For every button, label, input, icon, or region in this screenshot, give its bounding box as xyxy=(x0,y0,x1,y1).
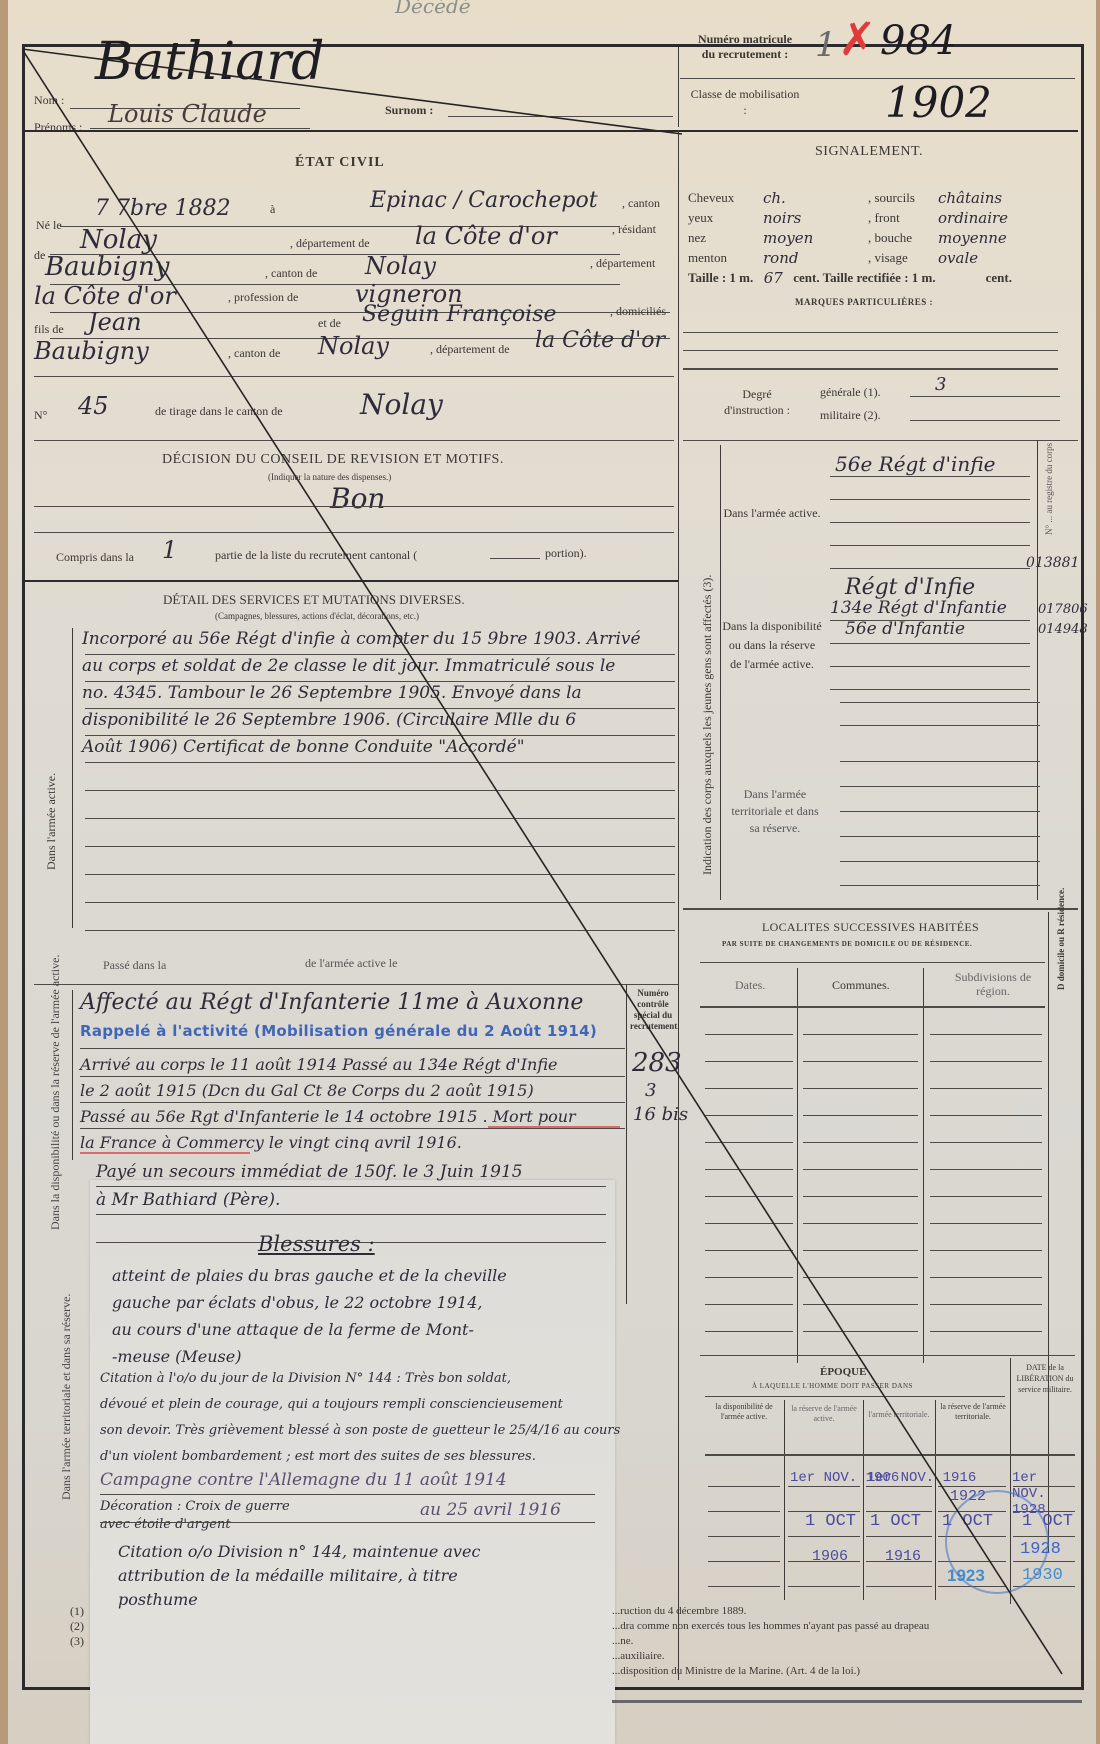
generale-value: 3 xyxy=(935,374,946,395)
row-rule xyxy=(100,1494,595,1495)
canton3-label: , canton de xyxy=(228,346,280,361)
row-rule xyxy=(705,1196,793,1197)
row-rule xyxy=(930,1250,1042,1251)
row-rule xyxy=(50,312,670,313)
services-line: Incorporé au 56e Régt d'infie à compter … xyxy=(82,626,641,653)
row-rule xyxy=(34,532,674,533)
services-text: Incorporé au 56e Régt d'infie à compter … xyxy=(82,626,641,761)
row-rule xyxy=(830,643,1030,644)
reserve-text: Arrivé au corps le 11 août 1914 Passé au… xyxy=(80,1052,576,1156)
row-rule xyxy=(930,1088,1042,1089)
signalement-row: Cheveux ch. , sourcils châtains xyxy=(688,188,1058,208)
signalement-value: châtains xyxy=(938,188,1002,208)
taille-label: Taille : 1 m. xyxy=(688,268,753,288)
prenoms-value: Louis Claude xyxy=(108,100,267,128)
side-label-territoriale: Dans l'armée territoriale et dans sa rés… xyxy=(56,1294,76,1500)
row-rule xyxy=(85,762,675,763)
row-rule xyxy=(708,1486,780,1487)
footer-rule xyxy=(612,1700,1082,1703)
row-rule xyxy=(100,1522,595,1523)
row-rule xyxy=(705,1304,793,1305)
row-rule xyxy=(840,786,1040,787)
lieu-naissance: Epinac / Carochepot xyxy=(370,188,598,213)
conseil-subtitle: (Indiquer la nature des dispenses.) xyxy=(268,472,391,482)
row-rule xyxy=(803,1088,918,1089)
signalement-value: ordinaire xyxy=(938,208,1008,228)
row-rule xyxy=(85,846,675,847)
generale-label: générale (1). xyxy=(820,385,881,400)
localites-col-dates: Dates. xyxy=(735,978,765,993)
row-rule xyxy=(705,1142,793,1143)
row-rule xyxy=(708,1561,780,1562)
row-rule xyxy=(803,1169,918,1170)
section-rule xyxy=(34,984,678,985)
epoque-col-divider xyxy=(784,1400,785,1600)
services-line: Août 1906) Certificat de bonne Conduite … xyxy=(82,734,641,761)
section-rule xyxy=(683,908,1078,910)
row-rule xyxy=(830,689,1030,690)
classe-value: 1902 xyxy=(885,78,992,127)
epoque-value: 1er NOV. 1916 xyxy=(867,1470,976,1486)
citation2-text: Citation o/o Division n° 144, maintenue … xyxy=(118,1540,480,1612)
localites-side-label: D domicile ou R résidence. xyxy=(1056,920,1067,990)
row-rule xyxy=(705,1061,793,1062)
numero-value: 283 xyxy=(632,1048,682,1078)
ne-le-value: 7 7bre 1882 xyxy=(95,196,231,221)
services-title: DÉTAIL DES SERVICES ET MUTATIONS DIVERSE… xyxy=(163,592,465,608)
row-rule xyxy=(683,350,1058,351)
reserve-bracket xyxy=(72,990,73,1160)
row-rule xyxy=(930,1034,1042,1035)
localites-title: LOCALITES SUCCESSIVES HABITÉES xyxy=(762,920,979,935)
campagne-text: Campagne contre l'Allemagne du 11 août 1… xyxy=(100,1470,507,1490)
row-rule xyxy=(708,1511,780,1512)
corps-territoriale-label: Dans l'armée territoriale et dans sa rés… xyxy=(730,786,820,837)
blessures-title: Blessures : xyxy=(258,1232,375,1256)
row-rule xyxy=(803,1331,918,1332)
et-de-label: et de xyxy=(318,316,341,331)
signalement-value: rond xyxy=(763,248,868,268)
compris-value: 1 xyxy=(162,536,177,564)
row-rule xyxy=(830,522,1030,523)
signalement-label: nez xyxy=(688,228,763,248)
signalement-title: SIGNALEMENT. xyxy=(815,144,923,160)
row-rule xyxy=(930,1223,1042,1224)
citation-line: d'un violent bombardement ; est mort des… xyxy=(100,1444,620,1470)
row-rule xyxy=(930,1196,1042,1197)
row-rule xyxy=(80,1102,625,1103)
header-bottom-rule xyxy=(25,130,1078,132)
row-rule xyxy=(866,1536,932,1537)
numero-value: 16 bis xyxy=(633,1104,688,1125)
footnote-line: ...ne. xyxy=(612,1634,929,1649)
main-column-divider xyxy=(678,130,679,1680)
row-rule xyxy=(803,1304,918,1305)
canton-value: Nolay xyxy=(80,225,157,255)
passe-label: Passé dans la xyxy=(103,958,166,973)
militaire-label: militaire (2). xyxy=(820,408,881,423)
red-cross-mark: ✗ xyxy=(838,12,877,66)
footnote-line: ...ruction du 4 décembre 1889. xyxy=(612,1604,929,1619)
row-rule xyxy=(80,1076,625,1077)
section-rule xyxy=(683,440,1078,441)
row-rule xyxy=(80,1048,625,1049)
row-rule xyxy=(85,654,675,655)
footnote-line: ...disposition du Ministre de la Marine.… xyxy=(612,1664,929,1679)
tirage-no-value: 45 xyxy=(78,392,109,420)
matricule-value: 984 xyxy=(880,18,956,64)
numero-col-divider xyxy=(626,984,627,1304)
row-rule xyxy=(708,1586,780,1587)
compris-text: partie de la liste du recrutement canton… xyxy=(215,548,417,563)
row-rule xyxy=(85,735,675,736)
epoque-value: 1 OCT xyxy=(805,1512,856,1531)
la-france-underline xyxy=(80,1152,250,1154)
citation-line: son devoir. Très grièvement blessé à son… xyxy=(100,1418,620,1444)
corps-dispo-value: 56e d'Infantie xyxy=(845,619,965,639)
signalement-label: , front xyxy=(868,208,938,228)
row-rule xyxy=(705,1454,1075,1456)
fils-de-label: fils de xyxy=(34,322,64,337)
localites-col-divider xyxy=(923,968,924,1363)
epoque-value: 1 OCT xyxy=(870,1512,921,1531)
epoque-col-divider xyxy=(863,1400,864,1600)
row-rule xyxy=(80,1128,625,1129)
footnote-line: ...auxiliaire. xyxy=(612,1649,929,1664)
signalement-grid: Cheveux ch. , sourcils châtains yeux noi… xyxy=(688,188,1058,288)
blessures-text: atteint de plaies du bras gauche et de l… xyxy=(112,1262,507,1370)
services-line: disponibilité le 26 Septembre 1906. (Cir… xyxy=(82,707,641,734)
slip-line: à Mr Bathiard (Père). xyxy=(96,1186,523,1214)
row-rule xyxy=(705,1396,1005,1397)
row-rule xyxy=(85,818,675,819)
compris-label: Compris dans la xyxy=(56,550,134,565)
row-rule xyxy=(803,1061,918,1062)
row-rule xyxy=(705,1250,793,1251)
epoque-col-divider xyxy=(935,1400,936,1600)
row-rule xyxy=(705,1277,793,1278)
row-rule xyxy=(34,376,674,377)
rappel-stamp: Rappelé à l'activité (Mobilisation génér… xyxy=(80,1022,597,1040)
epoque-col: la disponibilité de l'armée active. xyxy=(706,1402,782,1422)
row-rule xyxy=(930,1115,1042,1116)
classe-label: Classe de mobilisation : xyxy=(690,86,800,118)
row-rule xyxy=(910,396,1060,397)
row-rule xyxy=(930,1061,1042,1062)
citation2-line: attribution de la médaille militaire, à … xyxy=(118,1564,480,1588)
reserve-line: Arrivé au corps le 11 août 1914 Passé au… xyxy=(80,1052,576,1078)
row-rule xyxy=(938,1486,1006,1487)
matricule-label: Numéro matricule du recrutement : xyxy=(690,32,800,62)
side-label-disponibilite: Dans la disponibilité ou dans la réserve… xyxy=(44,955,66,1230)
corps-numero-col-label: N° ... au registre du corps xyxy=(1044,443,1055,535)
departement3-label: , département de xyxy=(430,342,510,357)
corps-number: 017806 xyxy=(1038,602,1088,617)
blessures-line: au cours d'une attaque de la ferme de Mo… xyxy=(112,1316,507,1343)
numero-value: 3 xyxy=(645,1080,656,1101)
row-rule xyxy=(840,885,1040,886)
row-rule xyxy=(788,1586,860,1587)
row-rule xyxy=(830,545,1030,546)
row-rule xyxy=(930,1142,1042,1143)
signalement-label: , sourcils xyxy=(868,188,938,208)
row-rule xyxy=(840,861,1040,862)
epoque-value: 1906 xyxy=(812,1548,848,1565)
header-divider xyxy=(678,47,679,127)
departement2-value: la Côte d'or xyxy=(34,282,176,310)
section-rule xyxy=(700,1355,1075,1356)
localites-col-communes: Communes. xyxy=(832,978,890,993)
row-rule xyxy=(930,1331,1042,1332)
row-rule xyxy=(85,874,675,875)
row-rule xyxy=(803,1034,918,1035)
signalement-value: noirs xyxy=(763,208,868,228)
signalement-value: moyenne xyxy=(938,228,1007,248)
signalement-label: yeux xyxy=(688,208,763,228)
localites-col-divider xyxy=(797,968,798,1363)
footnote-marker: (2) xyxy=(70,1619,84,1634)
footnote-markers: (1) (2) (3) xyxy=(70,1604,84,1649)
row-rule xyxy=(803,1223,918,1224)
tirage-text: de tirage dans le canton de xyxy=(155,404,283,419)
row-rule xyxy=(840,702,1040,703)
surnom-label: Surnom : xyxy=(385,103,433,118)
corps-active-label: Dans l'armée active. xyxy=(722,505,822,521)
row-rule xyxy=(840,836,1040,837)
row-rule xyxy=(830,620,1030,621)
row-rule xyxy=(85,930,675,931)
row-rule xyxy=(705,1169,793,1170)
row-rule xyxy=(830,499,1030,500)
epoque-col: l'armée territoriale. xyxy=(865,1410,933,1420)
signalement-label: , bouche xyxy=(868,228,938,248)
corps-number: 013881 xyxy=(1026,555,1079,571)
row-rule xyxy=(803,1115,918,1116)
row-rule xyxy=(803,1250,918,1251)
portion-blank xyxy=(490,558,540,559)
signalement-label: , visage xyxy=(868,248,938,268)
row-rule xyxy=(866,1586,932,1587)
pere-value: Jean xyxy=(88,308,142,336)
row-rule xyxy=(930,1169,1042,1170)
row-rule xyxy=(705,1331,793,1332)
row-rule xyxy=(683,368,1058,370)
row-rule xyxy=(840,725,1040,726)
citation-line: dévoué et plein de courage, qui a toujou… xyxy=(100,1392,620,1418)
corps-number-col xyxy=(1037,440,1038,900)
departement-label: , département de xyxy=(290,236,370,251)
row-rule xyxy=(803,1196,918,1197)
row-rule xyxy=(830,666,1030,667)
footnote-marker: (1) xyxy=(70,1604,84,1619)
citation2-line: posthume xyxy=(118,1588,480,1612)
reserve-line: le 2 août 1915 (Dcn du Gal Ct 8e Corps d… xyxy=(80,1078,576,1104)
row-rule xyxy=(840,761,1040,762)
epoque-value: 1916 xyxy=(885,1548,921,1565)
epoque-title: ÉPOQUE xyxy=(820,1366,866,1378)
services-line: no. 4345. Tambour le 26 Septembre 1905. … xyxy=(82,680,641,707)
a-label: à xyxy=(270,202,275,217)
departement2-label: , département xyxy=(590,256,655,271)
deceased-mark: Décédé xyxy=(395,0,471,18)
row-rule xyxy=(840,811,1040,812)
corps-dispo-value: Régt d'Infie xyxy=(845,575,975,600)
section-rule xyxy=(25,580,678,582)
ne-le-label: Né le xyxy=(36,218,62,233)
row-rule xyxy=(705,1034,793,1035)
row-rule xyxy=(930,1304,1042,1305)
nom-label: Nom : xyxy=(34,93,64,108)
row-rule xyxy=(85,681,675,682)
row-rule xyxy=(96,1214,606,1215)
citation2-line: Citation o/o Division n° 144, maintenue … xyxy=(118,1540,480,1564)
row-rule xyxy=(788,1536,860,1537)
blessures-line: gauche par éclats d'obus, le 22 octobre … xyxy=(112,1289,507,1316)
profession-label: , profession de xyxy=(228,290,298,305)
side-label-active: Dans l'armée active. xyxy=(44,773,59,870)
matricule-rule xyxy=(680,78,1075,79)
row-rule xyxy=(85,902,675,903)
row-rule xyxy=(96,1186,606,1187)
campagne-end: au 25 avril 1916 xyxy=(420,1500,561,1520)
matricule-crossed: 1 xyxy=(815,25,837,65)
portion-text: portion). xyxy=(545,546,587,561)
signalement-row: menton rond , visage ovale xyxy=(688,248,1058,268)
row-rule xyxy=(700,962,1045,963)
row-rule xyxy=(34,506,674,507)
row-rule xyxy=(85,708,675,709)
localites-subtitle: PAR SUITE DE CHANGEMENTS DE DOMICILE OU … xyxy=(722,940,972,948)
signalement-value: moyen xyxy=(763,228,868,248)
row-rule xyxy=(830,568,1030,569)
signalement-row: nez moyen , bouche moyenne xyxy=(688,228,1058,248)
row-rule xyxy=(803,1277,918,1278)
localites-col-subdivisions: Subdivisions de région. xyxy=(953,970,1033,998)
services-line: au corps et soldat de 2e classe le dit j… xyxy=(82,653,641,680)
row-rule xyxy=(866,1486,932,1487)
canton-label: , canton xyxy=(622,196,660,211)
domicile-value: Baubigny xyxy=(34,337,149,365)
decoration-text: Décoration : Croix de guerre avec étoile… xyxy=(100,1498,320,1534)
epoque-date-col: DATE de la LIBÉRATION du service militai… xyxy=(1012,1362,1078,1395)
surnom-underline xyxy=(448,116,673,117)
etat-civil-title: ÉTAT CIVIL xyxy=(295,155,385,171)
row-rule xyxy=(708,1536,780,1537)
taille-cent2-label: cent. xyxy=(986,268,1012,288)
departement-value: la Côte d'or xyxy=(415,222,557,250)
prenoms-underline xyxy=(90,128,310,129)
signalement-value: ch. xyxy=(763,188,868,208)
mere-value: Seguin Françoise xyxy=(362,302,557,327)
signalement-label: menton xyxy=(688,248,763,268)
row-rule xyxy=(788,1486,860,1487)
nom-value: Bathiard xyxy=(95,32,324,92)
marques-title: MARQUES PARTICULIÈRES : xyxy=(795,297,933,307)
row-rule xyxy=(683,332,1058,333)
row-rule xyxy=(803,1142,918,1143)
row-rule xyxy=(830,476,1030,477)
row-rule xyxy=(85,790,675,791)
taille-value: 67 xyxy=(753,268,793,288)
citation-text: Citation à l'o/o du jour de la Division … xyxy=(100,1366,620,1470)
row-rule xyxy=(910,420,1060,421)
corps-side-label: Indication des corps auxquels les jeunes… xyxy=(700,575,715,875)
row-rule xyxy=(705,1088,793,1089)
signalement-label: Cheveux xyxy=(688,188,763,208)
row-rule xyxy=(700,1006,1045,1008)
blessures-line: atteint de plaies du bras gauche et de l… xyxy=(112,1262,507,1289)
row-rule xyxy=(705,1115,793,1116)
degre-label: Degré d'instruction : xyxy=(712,386,802,418)
services-bracket xyxy=(72,628,73,928)
footnotes-text: ...ruction du 4 décembre 1889. ...dra co… xyxy=(612,1604,929,1679)
taille-row: Taille : 1 m. 67 cent. Taille rectifiée … xyxy=(688,268,1058,288)
canton3-value: Nolay xyxy=(318,332,389,360)
citation-line: Citation à l'o/o du jour de la Division … xyxy=(100,1366,620,1392)
conseil-title: DÉCISION DU CONSEIL DE REVISION ET MOTIF… xyxy=(162,452,504,468)
passe-text: de l'armée active le xyxy=(305,956,397,971)
taille-cent-label: cent. Taille rectifiée : 1 m. xyxy=(793,268,935,288)
signalement-value: ovale xyxy=(938,248,978,268)
departement3-value: la Côte d'or xyxy=(535,328,665,353)
corps-dispo-value: 134e Régt d'Infantie xyxy=(830,598,1007,618)
de-label: de xyxy=(34,248,45,263)
circular-stamp xyxy=(945,1490,1049,1594)
corps-number: 014948 xyxy=(1038,622,1088,637)
epoque-col: la réserve de l'armée territoriale. xyxy=(937,1402,1009,1422)
residant-label: , résidant xyxy=(612,222,656,237)
services-subtitle: (Campagnes, blessures, actions d'éclat, … xyxy=(215,611,419,621)
signalement-row: yeux noirs , front ordinaire xyxy=(688,208,1058,228)
residence-value: Baubigny xyxy=(45,252,169,282)
row-rule xyxy=(705,1223,793,1224)
row-rule xyxy=(930,1277,1042,1278)
epoque-col: la réserve de l'armée active. xyxy=(786,1404,862,1424)
domicilies-label: , domiciliés xyxy=(610,304,666,319)
tirage-canton-value: Nolay xyxy=(360,388,443,421)
epoque-subtitle: À LAQUELLE L'HOMME DOIT PASSER DANS xyxy=(752,1382,913,1390)
corps-dispo-label: Dans la disponibilité ou dans la réserve… xyxy=(722,617,822,674)
corps-side-divider xyxy=(720,445,721,900)
canton2-label: , canton de xyxy=(265,266,317,281)
slip-line: Payé un secours immédiat de 150f. le 3 J… xyxy=(96,1158,523,1186)
prenoms-label: Prénoms : xyxy=(34,120,82,135)
footnote-line: ...dra comme non exercés tous les hommes… xyxy=(612,1619,929,1634)
tirage-no-label: N° xyxy=(34,408,47,423)
conseil-value: Bon xyxy=(330,482,385,515)
numero-header: Numéro contrôle spécial du recrutement. xyxy=(630,988,676,1032)
footnote-marker: (3) xyxy=(70,1634,84,1649)
corps-active-value: 56e Régt d'infie xyxy=(835,452,996,476)
affecte-line: Affecté au Régt d'Infanterie 11me à Auxo… xyxy=(80,990,583,1015)
row-rule xyxy=(34,440,674,441)
canton2-value: Nolay xyxy=(365,252,436,280)
localites-col-divider xyxy=(1048,912,1049,1552)
